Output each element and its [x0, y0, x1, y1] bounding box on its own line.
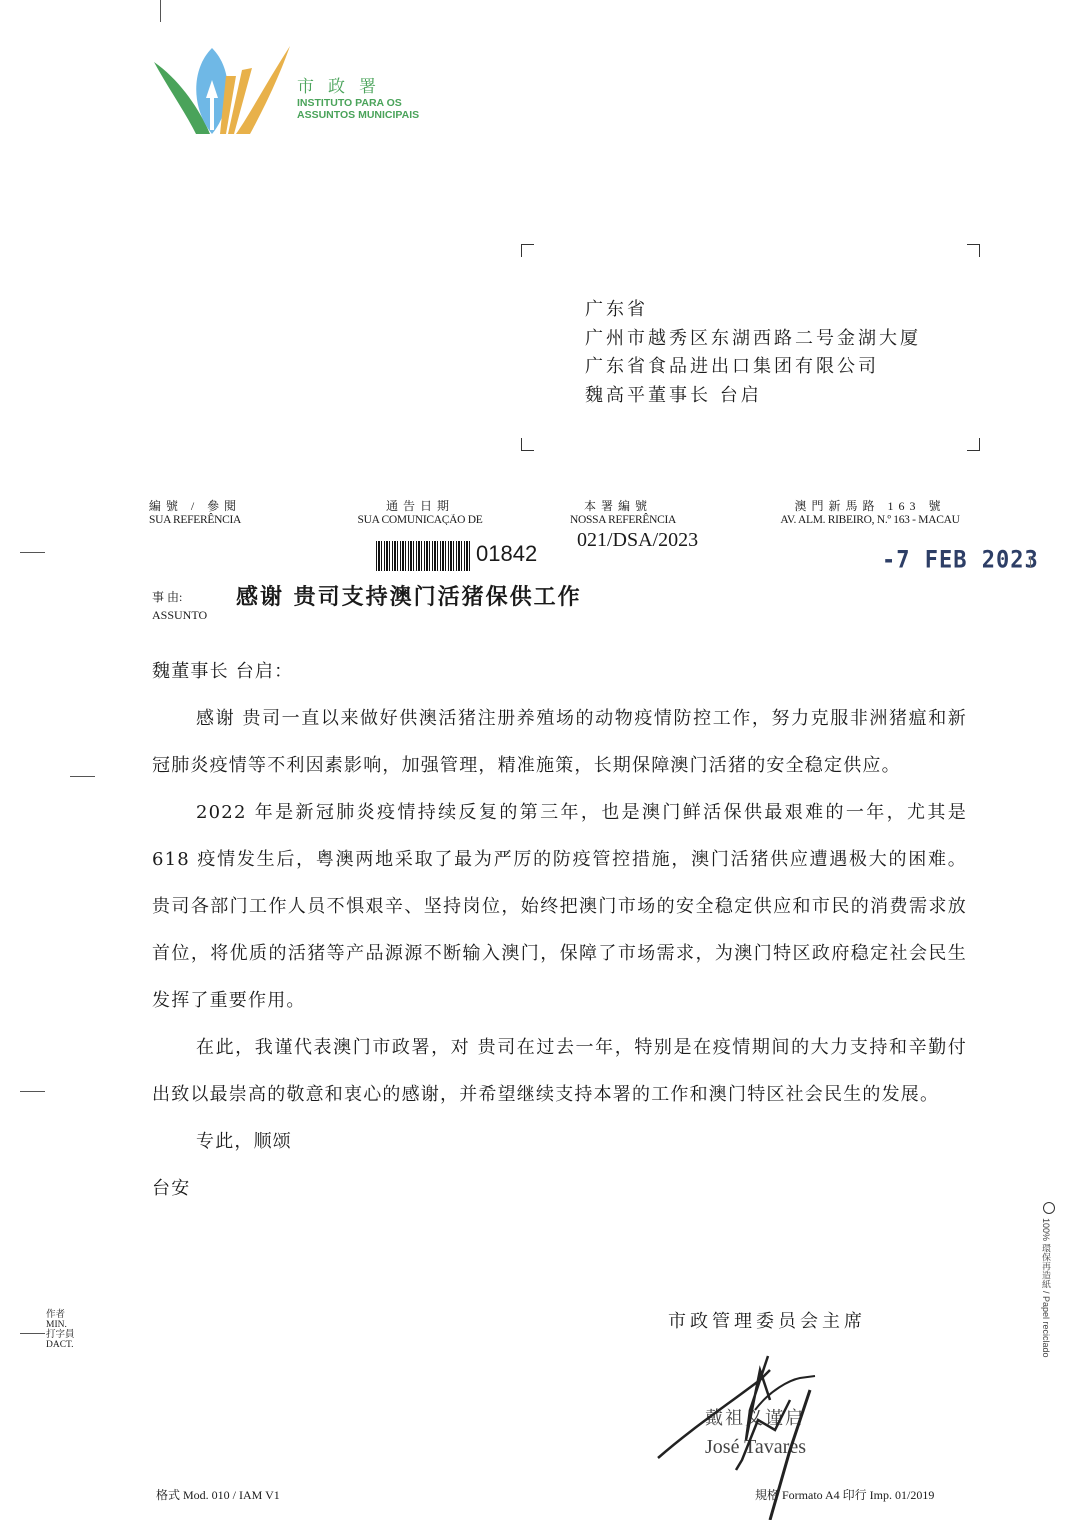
recipient-line: 魏高平董事长 台启	[585, 382, 921, 411]
signatory-title: 市政管理委员会主席	[668, 1307, 866, 1333]
subject-text: 感谢 贵司支持澳门活猪保供工作	[236, 580, 582, 611]
address-corner-tl	[521, 244, 534, 257]
fold-mark-top	[160, 0, 161, 22]
subject-label: 事 由: ASSUNTO	[152, 588, 207, 624]
address-corner-bl	[521, 438, 534, 451]
address-corner-tr	[967, 244, 980, 257]
paragraph-1: 感谢 贵司一直以来做好供澳活猪注册养殖场的动物疫情防控工作，努力克服非洲猪瘟和新…	[152, 695, 967, 789]
fold-mark-left-2	[70, 776, 95, 777]
field-iam-address: 澳門新馬路 163 號 AV. ALM. RIBEIRO, N.º 163 - …	[760, 497, 980, 526]
salutation: 魏董事长 台启：	[152, 648, 967, 695]
logo-pt-line2: ASSUNTOS MUNICIPAIS	[297, 109, 419, 121]
footer-format: 規格 Formato A4 印行 Imp. 01/2019	[755, 1486, 934, 1503]
closing-regards: 台安	[152, 1165, 967, 1212]
fold-mark-left-3	[20, 1091, 45, 1092]
our-reference-number: 021/DSA/2023	[577, 529, 698, 552]
letter-body: 魏董事长 台启： 感谢 贵司一直以来做好供澳活猪注册养殖场的动物疫情防控工作，努…	[152, 648, 967, 1212]
recycle-icon	[1043, 1202, 1055, 1214]
barcode-number: 01842	[476, 541, 537, 567]
margin-tick-right	[1030, 556, 1031, 568]
recipient-line: 广州市越秀区东湖西路二号金湖大厦	[585, 325, 921, 354]
paragraph-3: 在此，我谨代表澳门市政署，对 贵司在过去一年，特别是在疫情期间的大力支持和辛勤付…	[152, 1024, 967, 1118]
footer-form-model: 格式 Mod. 010 / IAM V1	[156, 1486, 280, 1503]
recycled-paper-note: 100% 環保再造紙 / Papel reciclado	[1040, 1218, 1053, 1358]
closing: 专此，顺颂	[152, 1118, 967, 1165]
barcode-icon	[376, 541, 472, 571]
field-your-reference: 編號 / 參閱 SUA REFERÊNCIA	[140, 497, 250, 526]
recipient-address: 广东省 广州市越秀区东湖西路二号金湖大厦 广东省食品进出口集团有限公司 魏高平董…	[585, 296, 921, 410]
address-corner-br	[967, 438, 980, 451]
logo-pt-line1: INSTITUTO PARA OS	[297, 97, 419, 109]
fold-mark-left-1	[20, 552, 45, 553]
date-stamp: -7 FEB 2023	[882, 547, 1039, 575]
logo-text: 市政署 INSTITUTO PARA OS ASSUNTOS MUNICIPAI…	[297, 72, 419, 121]
fold-mark-left-4	[20, 1333, 45, 1334]
recipient-line: 广东省食品进出口集团有限公司	[585, 353, 921, 382]
field-your-communication: 通告日期 SUA COMUNICAÇÃO DE	[350, 497, 490, 525]
paragraph-2: 2022 年是新冠肺炎疫情持续反复的第三年，也是澳门鲜活保供最艰难的一年，尤其是…	[152, 789, 967, 1024]
field-our-reference: 本署編號 NOSSA REFERÊNCIA	[570, 497, 680, 526]
logo-chinese-name: 市政署	[297, 72, 419, 97]
recipient-line: 广东省	[585, 296, 921, 325]
margin-author-typist: 作者 MIN. 打字員 DACT.	[46, 1310, 75, 1350]
